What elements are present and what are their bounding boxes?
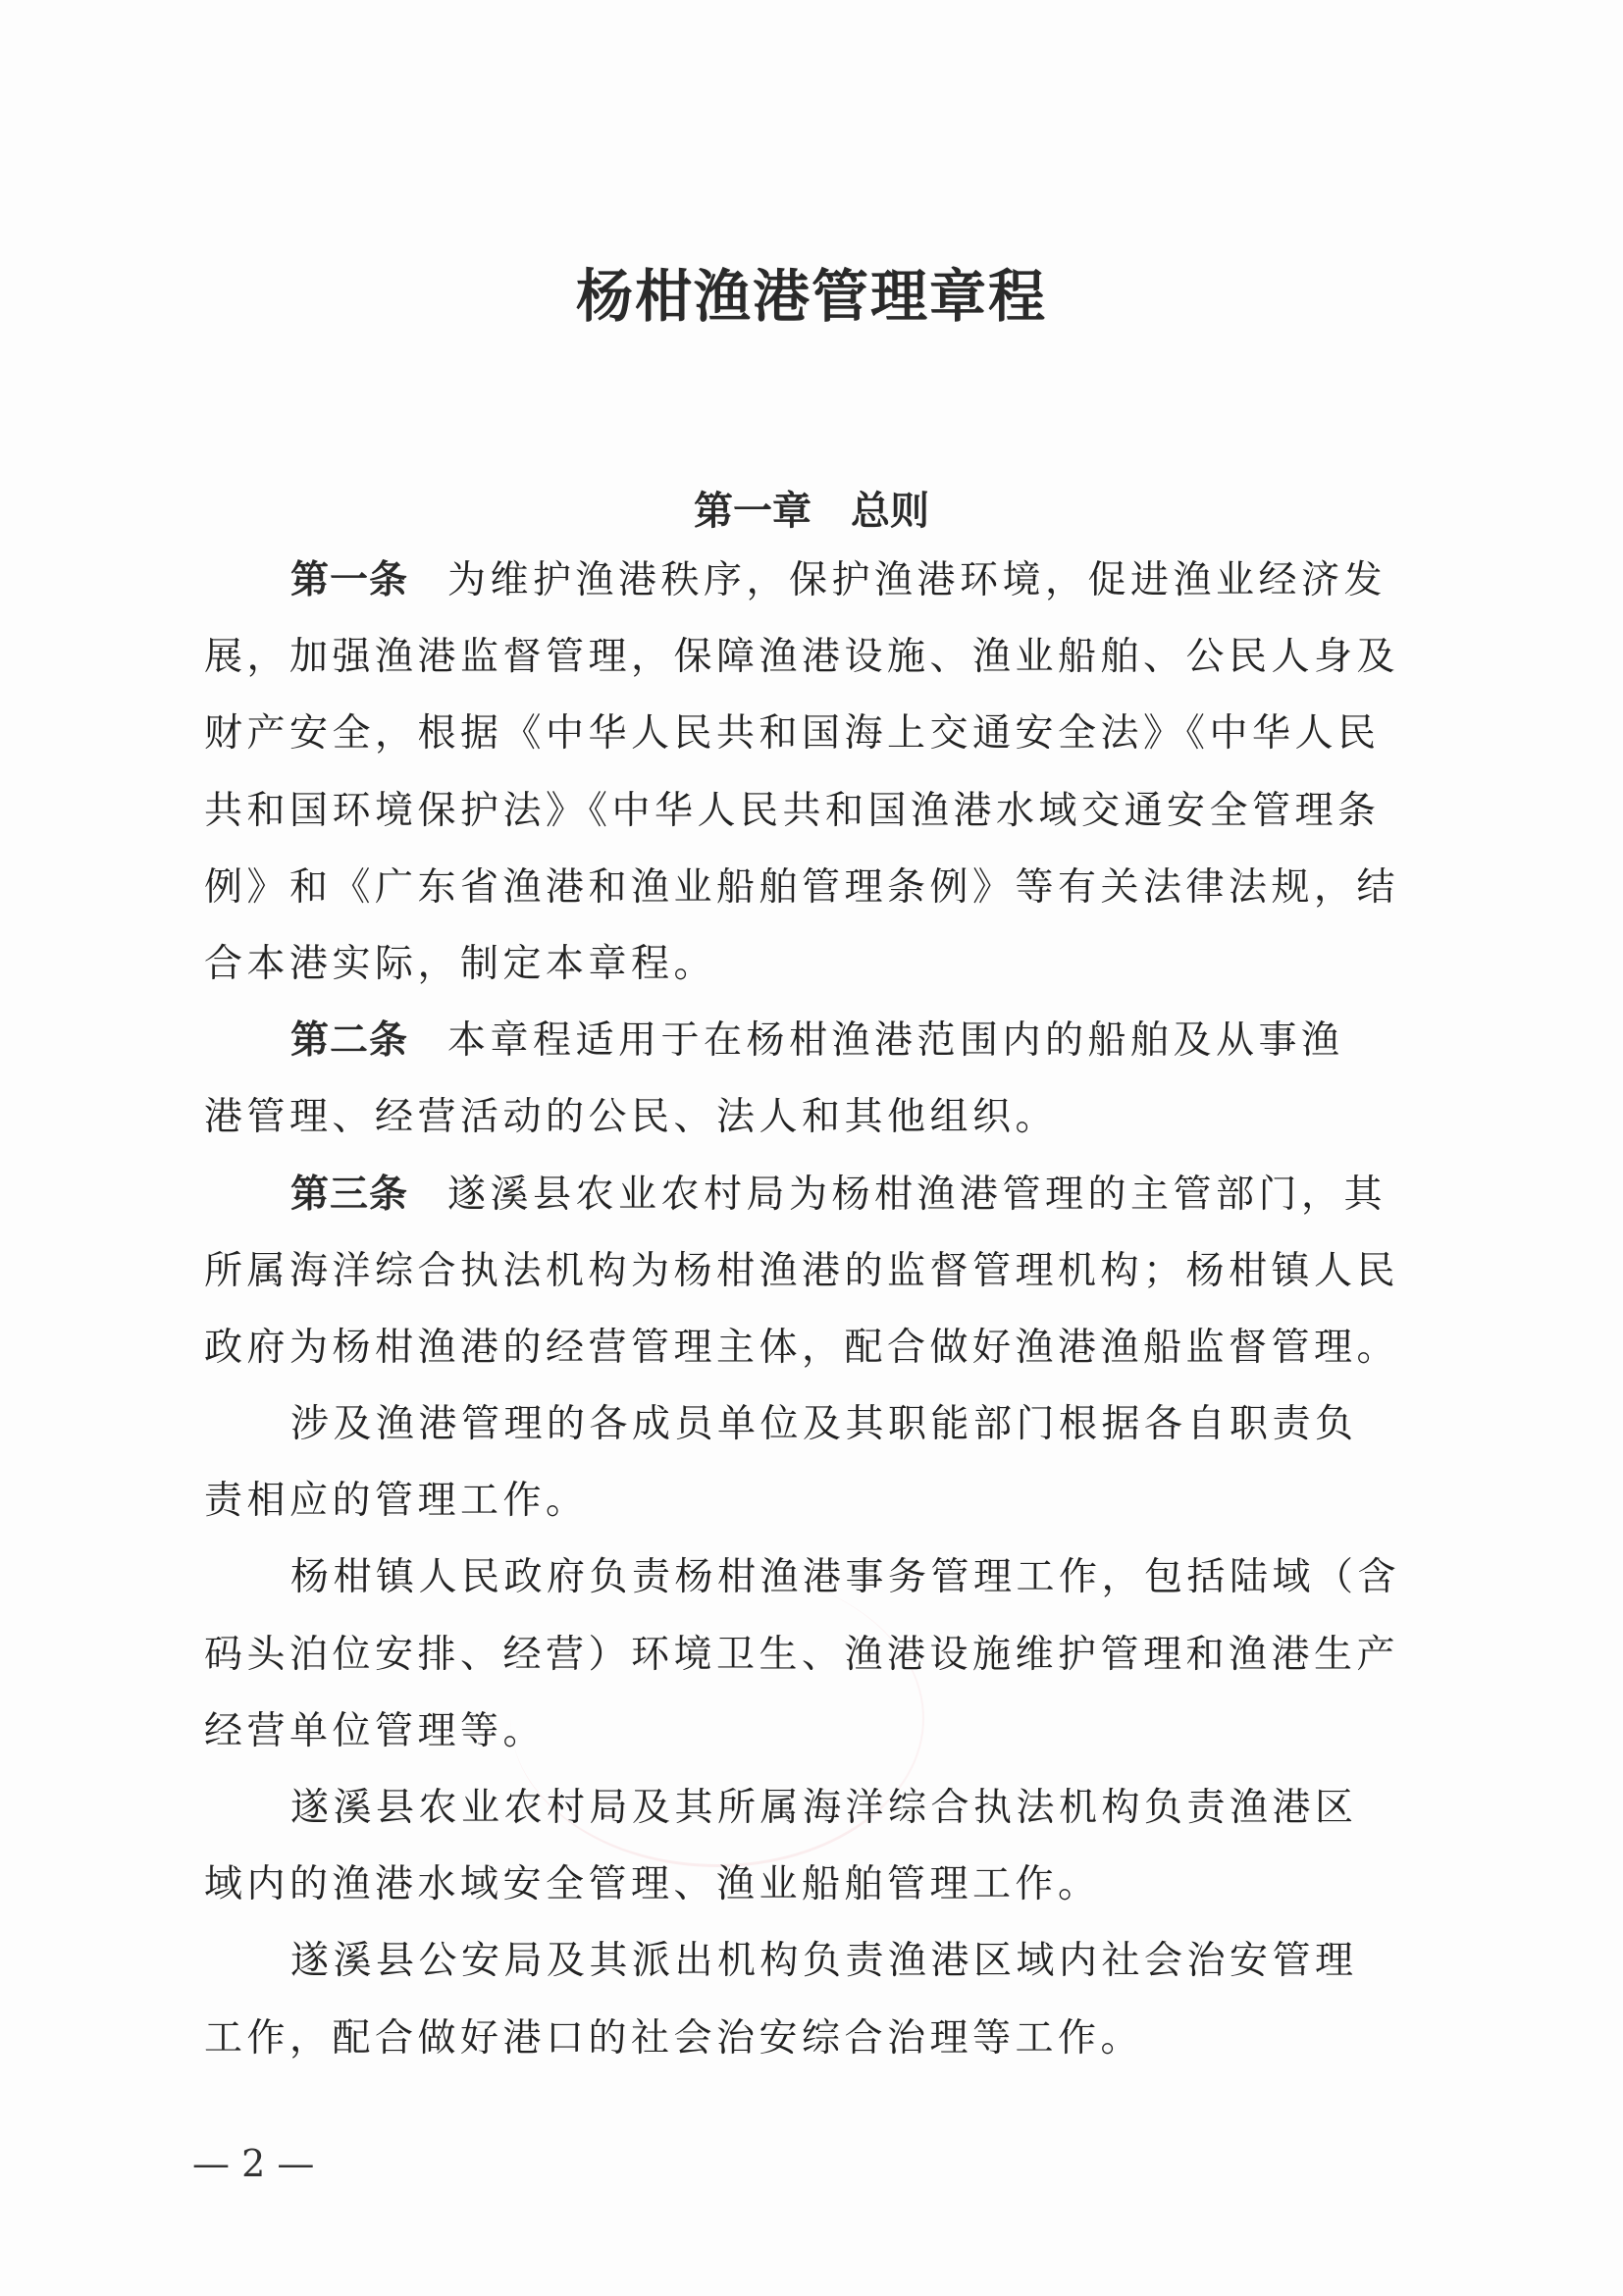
text-line: 遂溪县农业农村局及其所属海洋综合执法机构负责渔港区 [204,1770,1413,1847]
line-text: 例》和《广东省渔港和渔业船舶管理条例》等有关法律法规，结 [204,865,1399,910]
line-text: 展，加强渔港监督管理，保障渔港设施、渔业船舶、公民人身及 [204,635,1399,679]
text-line: 政府为杨柑渔港的经营管理主体，配合做好渔港渔船监督管理。 [204,1310,1413,1386]
text-line: 杨柑镇人民政府负责杨柑渔港事务管理工作，包括陆域（含 [204,1539,1413,1616]
line-text: 遂溪县公安局及其派出机构负责渔港区域内社会治安管理 [290,1939,1358,1983]
line-text: 责相应的管理工作。 [204,1479,589,1523]
text-line: 港管理、经营活动的公民、法人和其他组织。 [204,1079,1413,1156]
chapter-heading: 第一章 总则 [0,485,1623,538]
line-text: 涉及渔港管理的各成员单位及其职能部门根据各自职责负 [290,1402,1358,1446]
line-text: 为维护渔港秩序，保护渔港环境，促进渔业经济发 [447,558,1387,602]
line-text: 合本港实际，制定本章程。 [204,942,716,986]
line-text: 本章程适用于在杨柑渔港范围内的船舶及从事渔 [447,1018,1344,1063]
line-text: 政府为杨柑渔港的经营管理主体，配合做好渔港渔船监督管理。 [204,1326,1399,1370]
line-text: 域内的渔港水域安全管理、渔业船舶管理工作。 [204,1862,1101,1906]
line-text: 共和国环境保护法》《中华人民共和国渔港水域交通安全管理条 [204,789,1381,833]
article-label: 第一条 [290,558,408,602]
text-line: 工作，配合做好港口的社会治安综合治理等工作。 [204,2001,1413,2077]
text-line: 财产安全，根据《中华人民共和国海上交通安全法》《中华人民 [204,696,1413,772]
page-number: — 2 — [192,2139,314,2188]
line-text: 遂溪县农业农村局为杨柑渔港管理的主管部门，其 [447,1173,1387,1217]
document-body: 第一条为维护渔港秩序，保护渔港环境，促进渔业经济发 展，加强渔港监督管理，保障渔… [204,543,1413,2077]
article-label: 第二条 [290,1018,408,1063]
document-page: 杨柑渔港管理章程 第一章 总则 第一条为维护渔港秩序，保护渔港环境，促进渔业经济… [0,0,1623,2296]
text-line: 域内的渔港水域安全管理、渔业船舶管理工作。 [204,1847,1413,1923]
line-text: 工作，配合做好港口的社会治安综合治理等工作。 [204,2016,1143,2061]
text-line: 共和国环境保护法》《中华人民共和国渔港水域交通安全管理条 [204,773,1413,850]
line-text: 经营单位管理等。 [204,1709,546,1753]
document-title: 杨柑渔港管理章程 [0,257,1623,336]
text-line: 码头泊位安排、经营）环境卫生、渔港设施维护管理和渔港生产 [204,1617,1413,1694]
text-line: 第二条本章程适用于在杨柑渔港范围内的船舶及从事渔 [204,1003,1413,1079]
text-line: 遂溪县公安局及其派出机构负责渔港区域内社会治安管理 [204,1923,1413,2000]
text-line: 第三条遂溪县农业农村局为杨柑渔港管理的主管部门，其 [204,1157,1413,1233]
text-line: 合本港实际，制定本章程。 [204,926,1413,1003]
text-line: 责相应的管理工作。 [204,1463,1413,1539]
line-text: 所属海洋综合执法机构为杨柑渔港的监督管理机构；杨柑镇人民 [204,1249,1399,1293]
text-line: 所属海洋综合执法机构为杨柑渔港的监督管理机构；杨柑镇人民 [204,1233,1413,1310]
text-line: 经营单位管理等。 [204,1694,1413,1770]
line-text: 财产安全，根据《中华人民共和国海上交通安全法》《中华人民 [204,711,1381,756]
text-line: 涉及渔港管理的各成员单位及其职能部门根据各自职责负 [204,1386,1413,1463]
text-line: 第一条为维护渔港秩序，保护渔港环境，促进渔业经济发 [204,543,1413,619]
article-label: 第三条 [290,1173,408,1217]
line-text: 遂溪县农业农村局及其所属海洋综合执法机构负责渔港区 [290,1786,1358,1830]
text-line: 展，加强渔港监督管理，保障渔港设施、渔业船舶、公民人身及 [204,619,1413,696]
line-text: 港管理、经营活动的公民、法人和其他组织。 [204,1095,1058,1139]
line-text: 码头泊位安排、经营）环境卫生、渔港设施维护管理和渔港生产 [204,1633,1399,1677]
line-text: 杨柑镇人民政府负责杨柑渔港事务管理工作，包括陆域（含 [290,1555,1400,1599]
text-line: 例》和《广东省渔港和渔业船舶管理条例》等有关法律法规，结 [204,850,1413,926]
